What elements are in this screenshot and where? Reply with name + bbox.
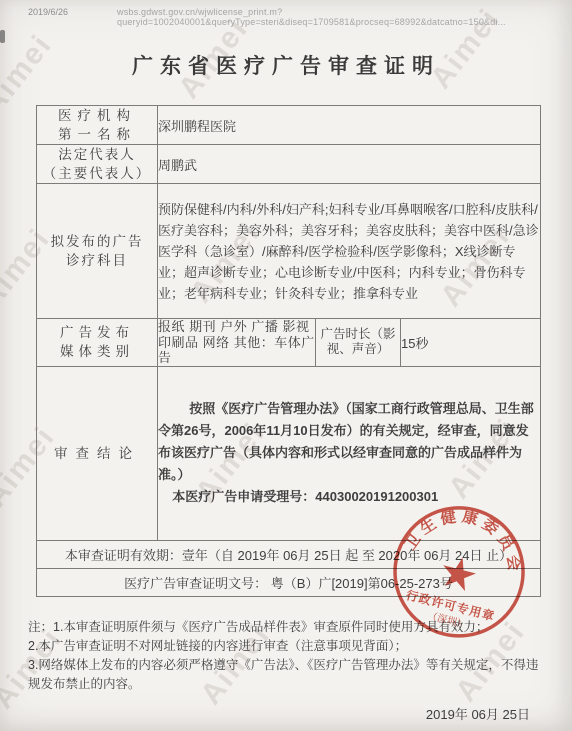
- print-header: 2019/6/26 wsbs.gdwst.gov.cn/wjwlicense_p…: [0, 7, 572, 19]
- row-ad-subjects: 拟发布的广告 诊疗科目 预防保健科/内科/外科/妇产科;妇科专业/耳鼻咽喉客/口…: [37, 184, 541, 319]
- issue-date: 2019年 06月 25日: [426, 704, 530, 723]
- media-types-value: 报纸 期刊 户外 广播 影视 印刷品 网络 其他：车体广告: [158, 319, 316, 367]
- review-conclusion-text: 按照《医疗广告管理办法》（国家工商行政管理总局、卫生部令第26号，2006年11…: [158, 398, 540, 486]
- org-name-label: 医疗机构 第一名称: [37, 106, 158, 145]
- legal-rep-value: 周鹏武: [158, 145, 541, 184]
- row-org-name: 医疗机构 第一名称 深圳鹏程医院: [37, 106, 541, 145]
- ad-duration-value: 15秒: [401, 319, 541, 367]
- org-name-value: 深圳鹏程医院: [158, 106, 541, 145]
- media-types-label: 广告发布 媒体类别: [37, 319, 158, 367]
- ad-subjects-value: 预防保健科/内科/外科/妇产科;妇科专业/耳鼻咽喉客/口腔科/皮肤科/医疗美容科…: [158, 184, 541, 319]
- print-date: 2019/6/26: [28, 7, 68, 17]
- review-conclusion-label: 审查结论: [37, 366, 158, 540]
- scanned-certificate-page: Aimei Aimei Aimei Aimei Aimei Aimei Aime…: [0, 0, 572, 731]
- ad-subjects-label: 拟发布的广告 诊疗科目: [37, 184, 158, 319]
- scan-artifact: [0, 30, 5, 43]
- row-media-types: 广告发布 媒体类别 报纸 期刊 户外 广播 影视 印刷品 网络 其他：车体广告 …: [37, 319, 541, 367]
- legal-rep-label: 法定代表人 （主要代表人）: [37, 145, 158, 184]
- page-title: 广东省医疗广告审查证明: [0, 50, 572, 80]
- ad-duration-label: 广告时长（影视、声音）: [316, 319, 401, 367]
- row-legal-rep: 法定代表人 （主要代表人） 周鹏武: [37, 145, 541, 184]
- star-icon: ★: [433, 546, 483, 603]
- print-url: wsbs.gdwst.gov.cn/wjwlicense_print.m?que…: [117, 7, 572, 27]
- note-line-3: 3.网络媒体上发布的内容必须严格遵守《广告法》、《医疗广告管理办法》等有关规定，…: [28, 656, 546, 694]
